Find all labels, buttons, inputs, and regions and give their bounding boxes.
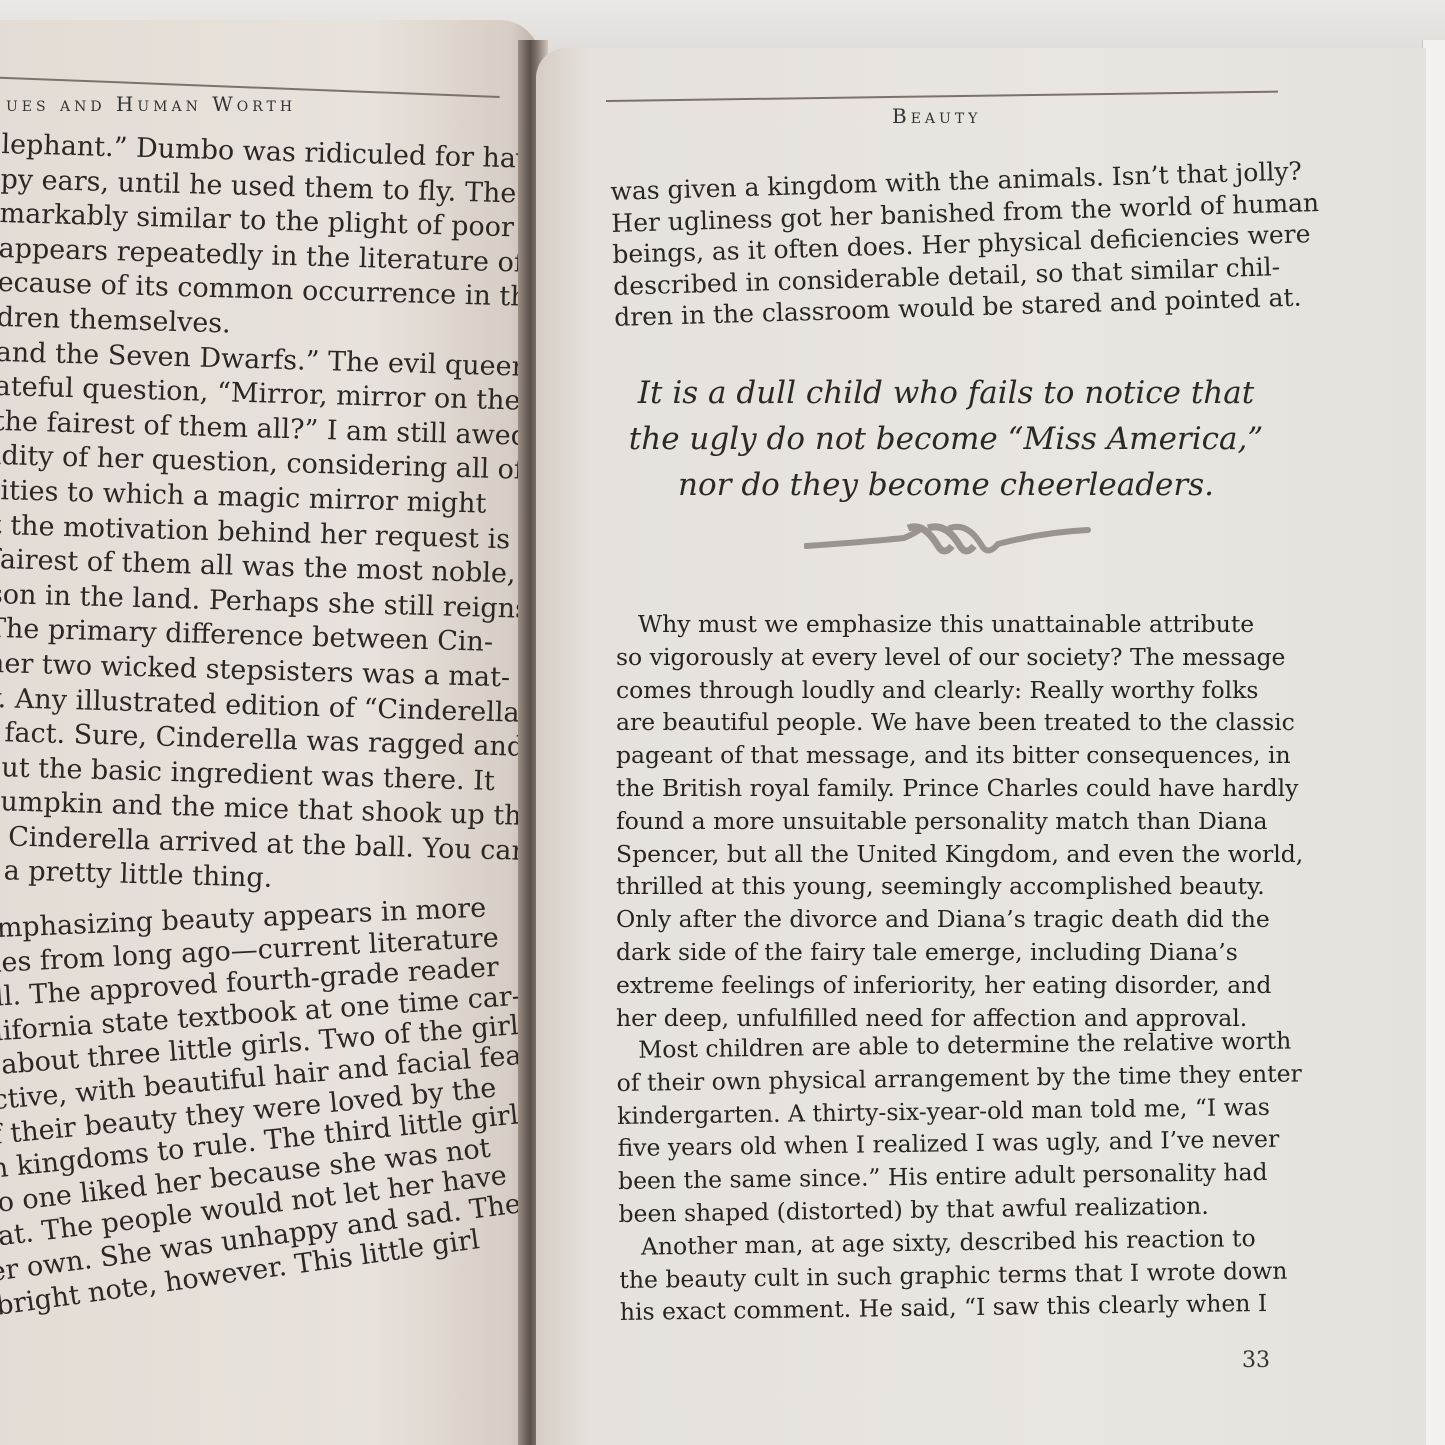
pull-quote-line: nor do they become cheerleaders. [606,462,1286,508]
text-line: Why must we emphasize this unattainable … [616,608,1296,641]
right-body-text: Why must we emphasize this unattainable … [616,608,1296,1330]
header-rule [606,91,1278,102]
text-line: Only after the divorce and Diana’s tragi… [616,903,1296,936]
text-line: found a more unsuitable personality matc… [616,805,1296,838]
text-line: dark side of the fairy tale emerge, incl… [616,936,1296,969]
text-line: are beautiful people. We have been treat… [616,706,1296,739]
text-line: thrilled at this young, seemingly accomp… [616,870,1296,903]
text-line: comes through loudly and clearly: Really… [616,674,1296,707]
text-line: the British royal family. Prince Charles… [616,772,1296,805]
pull-quote: It is a dull child who fails to notice t… [606,370,1286,508]
left-page: ues and Human Worth lephant.” Dumbo was … [0,20,540,1445]
text-line: so vigorously at every level of our soci… [616,641,1296,674]
text-line: pageant of that message, and its bitter … [616,739,1296,772]
running-head-left: ues and Human Worth [6,92,296,116]
page-number: 33 [1242,1348,1270,1373]
scroll-flourish-icon [804,516,1094,566]
pull-quote-line: the ugly do not become “Miss America,” [606,416,1286,462]
pull-quote-line: It is a dull child who fails to notice t… [606,370,1286,416]
text-line: Spencer, but all the United Kingdom, and… [616,838,1296,871]
left-body-text: lephant.” Dumbo was ridiculed for hav- p… [0,128,502,1342]
right-top-text: was given a kingdom with the animals. Is… [610,156,1294,334]
right-page: Beauty was given a kingdom with the anim… [536,48,1426,1445]
running-head-right: Beauty [892,104,981,128]
text-line: extreme feelings of inferiority, her eat… [616,969,1296,1002]
